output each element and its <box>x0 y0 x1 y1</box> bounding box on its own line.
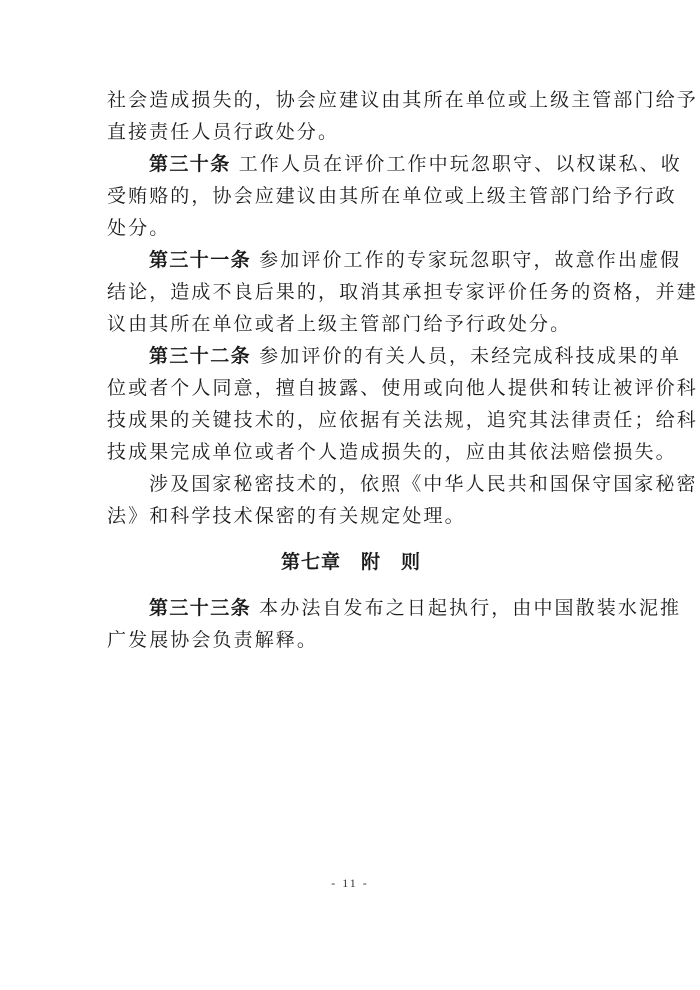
article-first-line: 第三十条 工作人员在评价工作中玩忽职守、以权谋私、收 <box>107 148 595 180</box>
article-33: 第三十三条 本办法自发布之日起执行，由中国散装水泥推 广发展协会负责解释。 <box>107 592 595 656</box>
chapter-title: 附 则 <box>361 551 421 573</box>
text-line: 处分。 <box>107 212 595 244</box>
text-line: 法》和科学技术保密的有关规定处理。 <box>107 500 595 532</box>
text-line: 受贿赂的，协会应建议由其所在单位或上级主管部门给予行政 <box>107 180 595 212</box>
chapter-number: 第七章 <box>281 551 341 573</box>
text-line: 技成果完成单位或者个人造成损失的，应由其依法赔偿损失。 <box>107 436 595 468</box>
page-number: - 11 - <box>0 876 700 891</box>
article-32: 第三十二条 参加评价的有关人员，未经完成科技成果的单 位或者个人同意，擅自披露、… <box>107 340 595 468</box>
text-line: 参加评价工作的专家玩忽职守，故意作出虚假 <box>251 249 681 271</box>
text-line: 直接责任人员行政处分。 <box>107 116 595 148</box>
document-page: 社会造成损失的，协会应建议由其所在单位或上级主管部门给予 直接责任人员行政处分。… <box>107 84 595 656</box>
text-line: 社会造成损失的，协会应建议由其所在单位或上级主管部门给予 <box>107 84 595 116</box>
chapter-heading: 第七章附 则 <box>107 546 595 578</box>
text-line: 参加评价的有关人员，未经完成科技成果的单 <box>251 345 681 367</box>
text-line: 位或者个人同意，擅自披露、使用或向他人提供和转让被评价科 <box>107 372 595 404</box>
text-line: 议由其所在单位或者上级主管部门给予行政处分。 <box>107 308 595 340</box>
text-line: 结论，造成不良后果的，取消其承担专家评价任务的资格，并建 <box>107 276 595 308</box>
article-number: 第三十三条 <box>149 597 251 619</box>
article-number: 第三十条 <box>149 153 231 175</box>
paragraph-state-secrets: 涉及国家秘密技术的，依照《中华人民共和国保守国家秘密 法》和科学技术保密的有关规… <box>107 468 595 532</box>
article-first-line: 第三十一条 参加评价工作的专家玩忽职守，故意作出虚假 <box>107 244 595 276</box>
text-line: 本办法自发布之日起执行，由中国散装水泥推 <box>251 597 681 619</box>
article-number: 第三十二条 <box>149 345 251 367</box>
text-line: 广发展协会负责解释。 <box>107 624 595 656</box>
text-line: 涉及国家秘密技术的，依照《中华人民共和国保守国家秘密 <box>107 468 595 500</box>
article-first-line: 第三十三条 本办法自发布之日起执行，由中国散装水泥推 <box>107 592 595 624</box>
article-31: 第三十一条 参加评价工作的专家玩忽职守，故意作出虚假 结论，造成不良后果的，取消… <box>107 244 595 340</box>
paragraph-continuation: 社会造成损失的，协会应建议由其所在单位或上级主管部门给予 直接责任人员行政处分。 <box>107 84 595 148</box>
article-30: 第三十条 工作人员在评价工作中玩忽职守、以权谋私、收 受贿赂的，协会应建议由其所… <box>107 148 595 244</box>
text-line: 工作人员在评价工作中玩忽职守、以权谋私、收 <box>231 153 682 175</box>
article-first-line: 第三十二条 参加评价的有关人员，未经完成科技成果的单 <box>107 340 595 372</box>
article-number: 第三十一条 <box>149 249 251 271</box>
text-line: 技成果的关键技术的，应依据有关法规，追究其法律责任；给科 <box>107 404 595 436</box>
